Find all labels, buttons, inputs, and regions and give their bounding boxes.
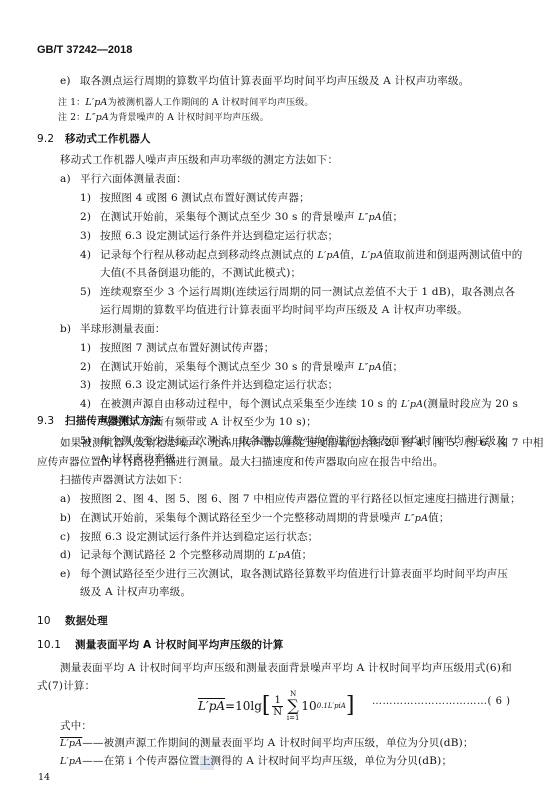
- step-text: 值，: [340, 249, 361, 261]
- step-marker: 3): [80, 379, 100, 391]
- step-marker: c): [60, 531, 80, 543]
- step: c)按照 6.3 设定测试运行条件并达到稳定运行状态；: [60, 529, 318, 544]
- formula-exponent: 0.1L′piA: [317, 702, 346, 710]
- step-text: 按照 6.3 设定测试运行条件并达到稳定运行状态；: [80, 531, 318, 543]
- step-text: 在测试开始前，采集每个测试点至少 30 s 的背景噪声: [100, 361, 358, 373]
- sigma-icon: ∑: [287, 698, 298, 714]
- definition-text: ——被测声源工作期间的测量表面平均 A 计权时间平均声压级，单位为分贝(dB)；: [82, 737, 473, 749]
- step-marker: 4): [80, 398, 100, 410]
- standard-id: GB/T 37242—2018: [37, 44, 132, 56]
- formula-operator: =10lg: [225, 699, 262, 713]
- step: 2)在测试开始前，采集每个测试点至少 30 s 的背景噪声 L″pA值；: [80, 359, 403, 374]
- item-title: 半球形测量表面：: [80, 323, 166, 335]
- step: 2)在测试开始前，采集每个测试点至少 30 s 的背景噪声 L″pA值；: [80, 209, 403, 224]
- step-text: 记录每个测试路径 2 个完整移动周期的: [80, 549, 269, 561]
- paragraph-line: 测量表面平均 A 计权时间平均声压级和测量表面背景噪声平均 A 计权时间平均声压…: [60, 660, 512, 675]
- definition: L′pA——在第 i 个传声器位置上测得的 A 计权时间平均声压级，单位为分贝(…: [60, 753, 452, 768]
- symbol: L″pA: [85, 112, 109, 123]
- step-text: 连续观察至少 3 个运行周期(连续运行周期的同一测试点差值不大于 1 dB)，取…: [100, 286, 515, 298]
- section-title: 移动式工作机器人: [65, 133, 151, 145]
- formula-6: L′pA =10lg [ 1 N N ∑ i=1 100.1L′piA ]: [198, 690, 354, 722]
- note-text: 为背景噪声的 A 计权时间平均声压级。: [109, 113, 269, 123]
- step-marker: 4): [80, 249, 100, 261]
- definition-text: ——在第 i 个传声器位置上测得的 A 计权时间平均声压级，单位为分贝(dB)；: [82, 755, 452, 767]
- symbol: L′pA: [85, 97, 107, 108]
- item-text: 取各测点运行周期的算数平均值计算表面平均时间平均声压级及 A 计权声功率级。: [80, 75, 469, 87]
- section-number: 10: [37, 615, 65, 627]
- symbol: L″pA: [358, 362, 382, 373]
- symbol: L′pA: [361, 250, 383, 261]
- step-text: 记录每个行程从移动起点到移动终点测试点的: [100, 249, 318, 261]
- step: 5)连续观察至少 3 个运行周期(连续运行周期的同一测试点差值不大于 1 dB)…: [80, 284, 515, 299]
- note-2: 注 2：L″pA为背景噪声的 A 计权时间平均声压级。: [58, 110, 269, 123]
- symbol: L′pA: [269, 550, 291, 561]
- page-number: 14: [38, 772, 50, 783]
- formula-base: 10: [301, 699, 316, 713]
- section-heading-10: 10数据处理: [37, 613, 108, 628]
- sum-lower: i=1: [287, 714, 300, 722]
- step-marker: 5): [80, 286, 100, 298]
- step-text: 在测试开始前，采集每个测试点至少 30 s 的背景噪声: [100, 211, 358, 223]
- step-continuation: 级及 A 计权声功率级。: [80, 584, 191, 599]
- step-marker: 1): [80, 192, 100, 204]
- step: 3)按照 6.3 设定测试运行条件并达到稳定运行状态；: [80, 228, 338, 243]
- note-label: 注 2：: [58, 113, 85, 123]
- step-text: (测量时段应为 20 s: [423, 398, 518, 410]
- section-title: 测量表面平均 A 计权时间平均声压级的计算: [75, 639, 284, 651]
- list-marker: b): [60, 323, 80, 335]
- step-text: 值；: [382, 361, 403, 373]
- step-text: 按照 6.3 设定测试运行条件并达到稳定运行状态；: [100, 379, 338, 391]
- step-text: 在被测声源自由移动过程中，每个测试点采集至少连续 10 s 的: [100, 398, 401, 410]
- note-text: 为被测机器人工作期间的 A 计权时间平均声压级。: [108, 98, 314, 108]
- step-text: 在测试开始前，采集每个测试路径至少一个完整移动周期的背景噪声: [80, 512, 405, 524]
- section-heading-9-3-text: 9.3扫描传声器测试方法: [37, 413, 161, 428]
- step-text: 值；: [382, 211, 403, 223]
- list-marker: a): [60, 173, 80, 185]
- step-text: 按照 6.3 设定测试运行条件并达到稳定运行状态；: [100, 230, 338, 242]
- step-marker: 2): [80, 211, 100, 223]
- step-continuation: 运行周期的算数平均值进行计算表面平均时间平均声压级及 A 计权声功率级。: [100, 302, 468, 317]
- step-text: 值；: [428, 512, 449, 524]
- section-title: 扫描传声器测试方法: [65, 415, 161, 427]
- step: a)按照图 2、图 4、图 5、图 6、图 7 中相应传声器位置的平行路径以恒定…: [60, 491, 521, 506]
- paragraph-line: 如果被测机器人发射稳态噪声，允许用传声器以恒定速度沿着包含图 2、图 4、图 5…: [60, 435, 544, 450]
- formula-lhs: L′pA: [198, 699, 225, 713]
- symbol: L′pA: [60, 756, 82, 767]
- item-title: 平行六面体测量表面：: [80, 173, 187, 185]
- where-label: 式中：: [60, 718, 92, 733]
- section-number: 10.1: [37, 639, 75, 651]
- section-number: 9.3: [37, 415, 65, 427]
- step: d)记录每个测试路径 2 个完整移动周期的 L′pA值；: [60, 547, 312, 562]
- fraction: 1 N: [272, 695, 282, 718]
- list-item-a: a)平行六面体测量表面：: [60, 171, 187, 186]
- section-title: 数据处理: [65, 615, 108, 627]
- list-item-b: b)半球形测量表面：: [60, 321, 166, 336]
- paragraph: 扫描传声器测试方法如下：: [60, 472, 188, 487]
- step: 4)记录每个行程从移动起点到移动终点测试点的 L′pA值，L′pA值取前进和倒退…: [80, 247, 523, 262]
- definition: L′pA——被测声源工作期间的测量表面平均 A 计权时间平均声压级，单位为分贝(…: [60, 735, 474, 750]
- step-text: 按照图 2、图 4、图 5、图 6、图 7 中相应传声器位置的平行路径以恒定速度…: [80, 493, 521, 505]
- step-continuation: 大值(不具备倒退功能的，不测试此模式)；: [100, 265, 301, 280]
- symbol: L′pA: [318, 250, 340, 261]
- paragraph-line: 应传声器位置的平行路径扫描进行测量。最大扫描速度和传声器取向应在报告中给出。: [37, 454, 444, 469]
- section-heading-9-2: 9.2移动式工作机器人: [37, 131, 151, 146]
- step-marker: 2): [80, 361, 100, 373]
- section-number: 9.2: [37, 133, 65, 145]
- step-text: 每个测试路径至少进行三次测试，取各测试路径算数平均值进行计算表面平均时间平均声压: [80, 568, 508, 580]
- symbol: L″pA: [358, 212, 382, 223]
- step-marker: b): [60, 512, 80, 524]
- step-text: 按照图 7 测试点布置好测试传声器；: [100, 342, 274, 354]
- paragraph: 移动式工作机器人噪声声压级和声功率级的测定方法如下：: [60, 152, 338, 167]
- step-marker: 3): [80, 230, 100, 242]
- step: 3)按照 6.3 设定测试运行条件并达到稳定运行状态；: [80, 377, 338, 392]
- step-text: 按照图 4 或图 6 测试点布置好测试传声器；: [100, 192, 310, 204]
- step-marker: a): [60, 493, 80, 505]
- symbol: L′pA: [401, 399, 423, 410]
- symbol: L′pA: [60, 738, 82, 749]
- list-marker: e): [60, 75, 80, 87]
- numerator: 1: [272, 695, 282, 707]
- step: e)每个测试路径至少进行三次测试，取各测试路径算数平均值进行计算表面平均时间平均…: [60, 566, 508, 581]
- section-heading-10-1: 10.1测量表面平均 A 计权时间平均声压级的计算: [37, 637, 284, 652]
- equation-number: ……………………………( 6 ): [372, 696, 511, 707]
- step: 1)按照图 7 测试点布置好测试传声器；: [80, 340, 274, 355]
- note-label: 注 1：: [58, 98, 85, 108]
- denominator: N: [273, 707, 282, 718]
- step-marker: e): [60, 568, 80, 580]
- step: 1)按照图 4 或图 6 测试点布置好测试传声器；: [80, 190, 310, 205]
- left-bracket-icon: [: [262, 695, 271, 717]
- summation: N ∑ i=1: [287, 690, 300, 722]
- step-marker: 1): [80, 342, 100, 354]
- note-1: 注 1：L′pA为被测机器人工作期间的 A 计权时间平均声压级。: [58, 95, 314, 108]
- step-text: 值取前进和倒退两测试值中的: [383, 249, 522, 261]
- step-marker: d): [60, 549, 80, 561]
- step: 4)在被测声源自由移动过程中，每个测试点采集至少连续 10 s 的 L′pA(测…: [80, 396, 518, 411]
- step-text: 值；: [291, 549, 312, 561]
- symbol: L″pA: [405, 513, 429, 524]
- paragraph-line: 式(7)计算：: [37, 678, 95, 693]
- item-e: e)取各测点运行周期的算数平均值计算表面平均时间平均声压级及 A 计权声功率级。: [60, 73, 469, 88]
- right-bracket-icon: ]: [346, 695, 355, 717]
- step: b)在测试开始前，采集每个测试路径至少一个完整移动周期的背景噪声 L″pA值；: [60, 510, 450, 525]
